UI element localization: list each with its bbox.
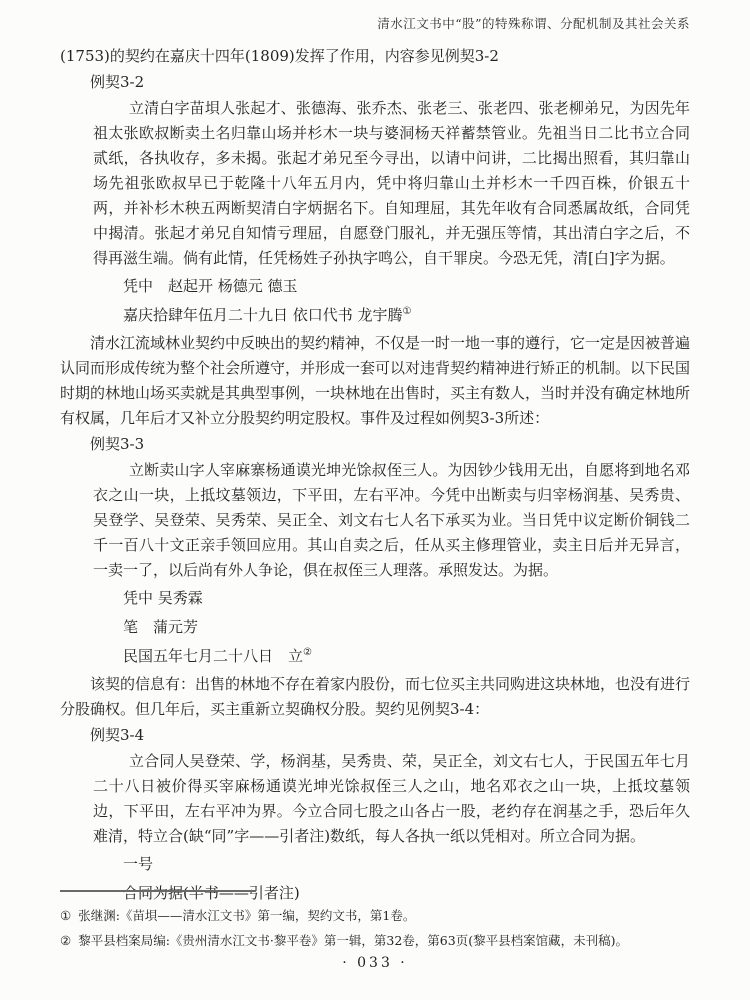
footnote-ref-1: ① xyxy=(403,306,412,317)
book-page: 清水江文书中“股”的特殊称谓、分配机制及其社会关系 (1753)的契约在嘉庆十四… xyxy=(0,0,750,1000)
footnote-ref-2: ② xyxy=(303,647,312,658)
contract-3-2-date-text: 嘉庆拾肆年伍月二十九日 依口代书 龙宇腾 xyxy=(123,306,403,324)
contract-3-3-scribe-line: 笔 蒲元芳 xyxy=(60,614,690,641)
page-content: (1753)的契约在嘉庆十四年(1809)发挥了作用，内容参见例契3-2 例契3… xyxy=(60,44,690,909)
footnote-1: ①张继渊:《苗垻——清水江文书》第一编，契约文书，第1卷。 xyxy=(60,903,708,928)
contract-3-3-date-text: 民国五年七月二十八日 立 xyxy=(123,647,303,665)
contract-3-4-number-line: 一号 xyxy=(60,851,690,878)
contract-3-2-date-line: 嘉庆拾肆年伍月二十九日 依口代书 龙宇腾① xyxy=(60,302,690,329)
contract-3-2-label: 例契3-2 xyxy=(60,70,690,95)
footnote-2-text: 黎平县档案局编:《贵州清水江文书·黎平卷》第一辑，第32卷，第63页(黎平县档案… xyxy=(78,933,628,948)
contract-3-3-label: 例契3-3 xyxy=(60,432,690,457)
footnote-2-marker: ② xyxy=(60,933,71,948)
contract-3-2-body: 立清白字苗垻人张起才、张德海、张乔杰、张老三、张老四、张老柳弟兄，为因先年祖太张… xyxy=(93,96,690,271)
contract-3-4-body: 立合同人吴登荣、学，杨润基，吴秀贵、荣，吴正全，刘文右七人，于民国五年七月二十八… xyxy=(93,749,690,849)
footnote-1-marker: ① xyxy=(60,908,71,923)
contract-3-3-date-line: 民国五年七月二十八日 立② xyxy=(60,643,690,670)
paragraph-contract-spirit: 清水江流域林业契约中反映出的契约精神，不仅是一时一地一事的遵行，它一定是因被普遍… xyxy=(60,331,690,431)
footnote-area: ①张继渊:《苗垻——清水江文书》第一编，契约文书，第1卷。 ②黎平县档案局编:《… xyxy=(60,890,708,953)
contract-3-2-witness-line: 凭中 赵起开 杨德元 德玉 xyxy=(60,273,690,300)
footnote-1-text: 张继渊:《苗垻——清水江文书》第一编，契约文书，第1卷。 xyxy=(78,908,415,923)
footnote-2: ②黎平县档案局编:《贵州清水江文书·黎平卷》第一辑，第32卷，第63页(黎平县档… xyxy=(60,928,708,953)
page-number: · 033 · xyxy=(0,955,750,971)
footnote-divider xyxy=(60,890,256,892)
contract-3-4-label: 例契3-4 xyxy=(60,723,690,748)
intro-paragraph: (1753)的契约在嘉庆十四年(1809)发挥了作用，内容参见例契3-2 xyxy=(60,44,690,69)
contract-3-3-witness-line: 凭中 吴秀霖 xyxy=(60,585,690,612)
contract-3-3-body: 立断卖山字人宰麻寨杨通谟光坤光馀叔侄三人。为因钞少钱用无出，自愿将到地名邓衣之山… xyxy=(93,458,690,583)
paragraph-contract-info: 该契的信息有：出售的林地不存在着家内股份，而七位买主共同购进这块林地，也没有进行… xyxy=(60,672,690,722)
running-header: 清水江文书中“股”的特殊称谓、分配机制及其社会关系 xyxy=(377,14,690,32)
